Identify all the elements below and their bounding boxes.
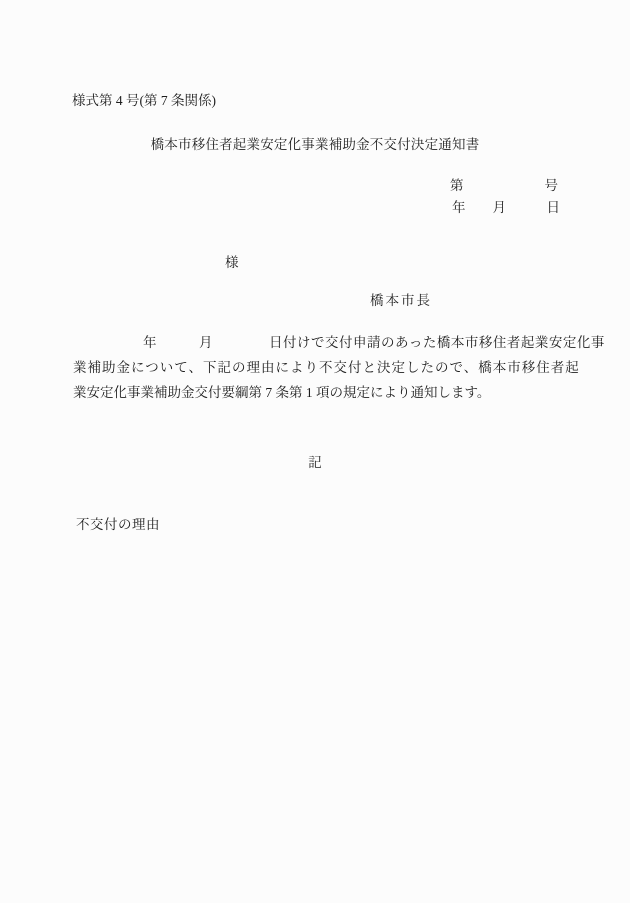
sender-name: 橋本市長 <box>370 292 432 311</box>
body-line: 業安定化事業補助金交付要綱第 7 条第 1 項の規定により通知します。 <box>73 380 598 405</box>
form-number: 様式第 4 号(第 7 条関係) <box>72 92 216 111</box>
document-title: 橋本市移住者起業安定化事業補助金不交付決定通知書 <box>0 136 630 155</box>
document-date-blank: 年 月 日 <box>452 199 560 218</box>
body-line: 業補助金について、下記の理由により不交付と決定したので、橋本市移住者起 <box>73 355 598 380</box>
body-line: 年 月 日付けで交付申請のあった橋本市移住者起業安定化事 <box>73 330 598 355</box>
addressee-honorific: 様 <box>225 254 239 273</box>
body-paragraph: 年 月 日付けで交付申請のあった橋本市移住者起業安定化事 業補助金について、下記… <box>73 330 598 405</box>
reason-heading: 不交付の理由 <box>76 516 160 535</box>
document-number-blank: 第 号 <box>450 177 558 196</box>
notice-document-page: 様式第 4 号(第 7 条関係) 橋本市移住者起業安定化事業補助金不交付決定通知… <box>0 0 630 903</box>
record-marker: 記 <box>0 454 630 473</box>
